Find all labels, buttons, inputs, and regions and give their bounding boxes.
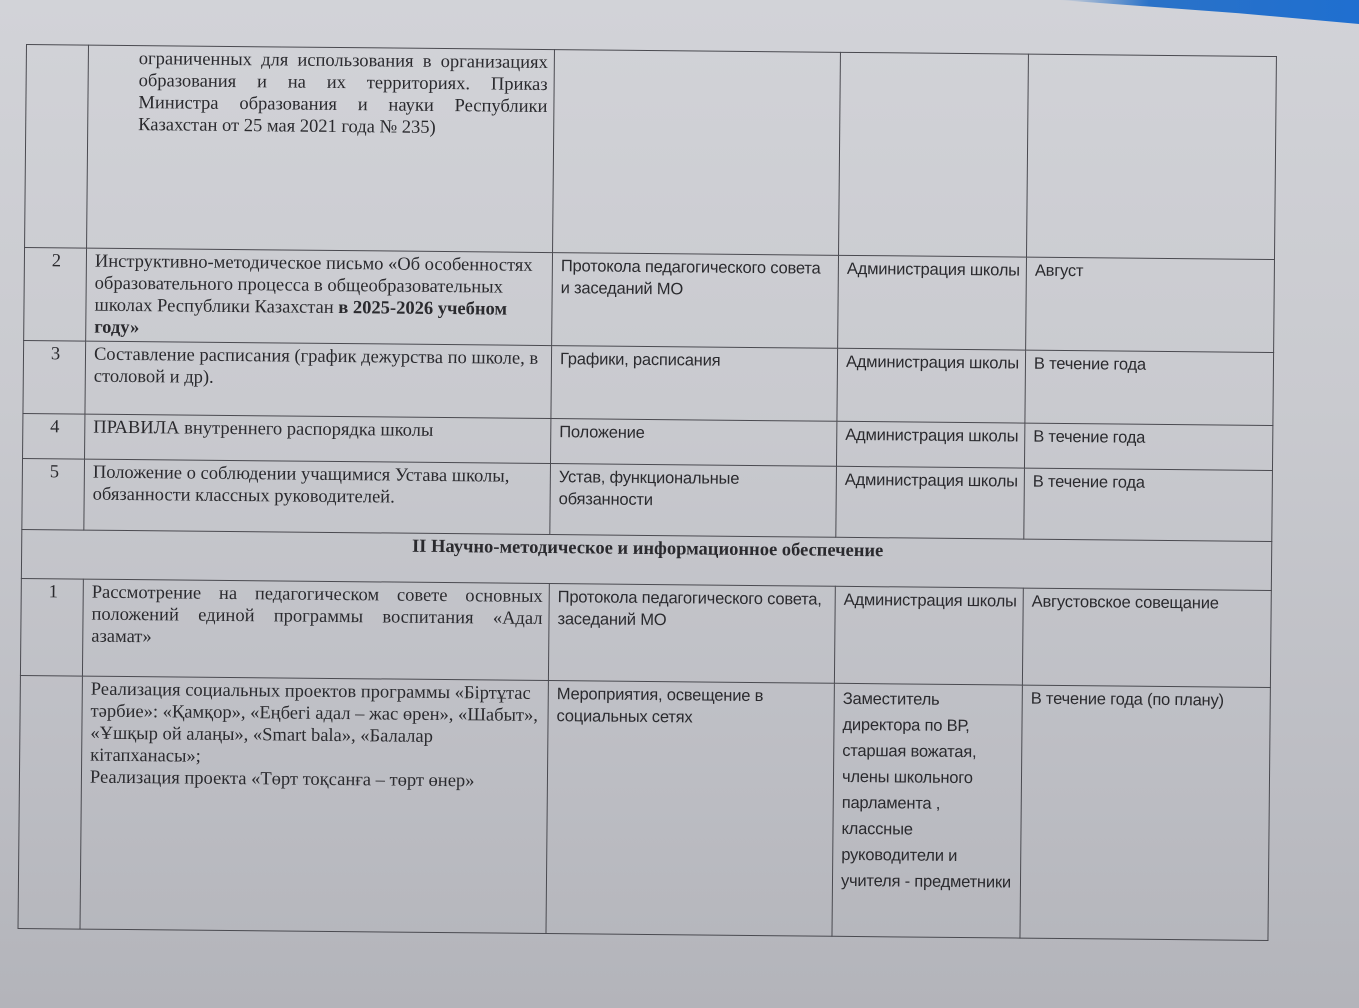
table-row: 3 Составление расписания (график дежурст… bbox=[23, 340, 1274, 425]
activity-text: Реализация проекта «Төрт тоқсанға – төрт… bbox=[90, 767, 541, 793]
timing-cell: В течение года bbox=[1024, 468, 1273, 541]
activity-cell: Составление расписания (график дежурства… bbox=[85, 341, 552, 418]
row-number: 1 bbox=[20, 578, 83, 676]
row-number bbox=[25, 45, 89, 249]
table-row: Реализация социальных проектов программы… bbox=[18, 675, 1270, 940]
activity-cell: ПРАВИЛА внутреннего распорядка школы bbox=[85, 414, 551, 463]
table-row: 1 Рассмотрение на педагогическом совете … bbox=[20, 578, 1271, 687]
timing-cell bbox=[1027, 54, 1277, 259]
table-row: ограниченных для использования в организ… bbox=[25, 45, 1277, 260]
activity-cell: ограниченных для использования в организ… bbox=[87, 45, 555, 252]
background-blue-object bbox=[1059, 0, 1359, 24]
row-number: 2 bbox=[24, 247, 87, 341]
responsible-cell: Администрация школы bbox=[838, 255, 1027, 350]
responsible-cell: Администрация школы bbox=[837, 348, 1026, 423]
responsible-cell bbox=[839, 52, 1029, 257]
plan-table: ограниченных для использования в организ… bbox=[18, 44, 1277, 941]
responsible-cell: Администрация школы bbox=[836, 421, 1024, 468]
form-cell bbox=[553, 50, 841, 256]
form-cell: Мероприятия, освещение в социальных сетя… bbox=[546, 681, 834, 937]
timing-cell: В течение года bbox=[1024, 423, 1272, 470]
responsible-cell: Заместитель директора по ВР, старшая вож… bbox=[832, 683, 1022, 938]
activity-cell: Реализация социальных проектов программы… bbox=[80, 676, 548, 933]
timing-cell: В течение года bbox=[1025, 350, 1274, 425]
form-cell: Положение bbox=[550, 419, 836, 467]
table-row: 5 Положение о соблюдении учащимися Устав… bbox=[22, 458, 1273, 541]
activity-text: Реализация социальных проектов программы… bbox=[90, 679, 542, 771]
row-number: 5 bbox=[22, 458, 85, 530]
row-number: 4 bbox=[23, 413, 85, 459]
activity-cell: Инструктивно-методическое письмо «Об осо… bbox=[86, 248, 553, 345]
row-number bbox=[18, 675, 82, 929]
timing-cell: В течение года (по плану) bbox=[1020, 685, 1270, 940]
table-row: 2 Инструктивно-методическое письмо «Об о… bbox=[24, 247, 1275, 352]
row-number: 3 bbox=[23, 340, 86, 414]
form-cell: Устав, функциональные обязанности bbox=[550, 464, 837, 538]
timing-cell: Августовское совещание bbox=[1022, 588, 1271, 687]
responsible-cell: Администрация школы bbox=[836, 466, 1025, 539]
form-cell: Протокола педагогического совета, заседа… bbox=[548, 584, 835, 684]
timing-cell: Август bbox=[1026, 257, 1275, 352]
responsible-cell: Администрация школы bbox=[834, 586, 1023, 685]
activity-cell: Положение о соблюдении учащимися Устава … bbox=[84, 459, 551, 534]
form-cell: Протокола педагогического совета и засед… bbox=[552, 253, 839, 349]
form-cell: Графики, расписания bbox=[551, 346, 838, 422]
document-page: ограниченных для использования в организ… bbox=[18, 44, 1276, 941]
activity-cell: Рассмотрение на педагогическом совете ос… bbox=[82, 579, 549, 680]
